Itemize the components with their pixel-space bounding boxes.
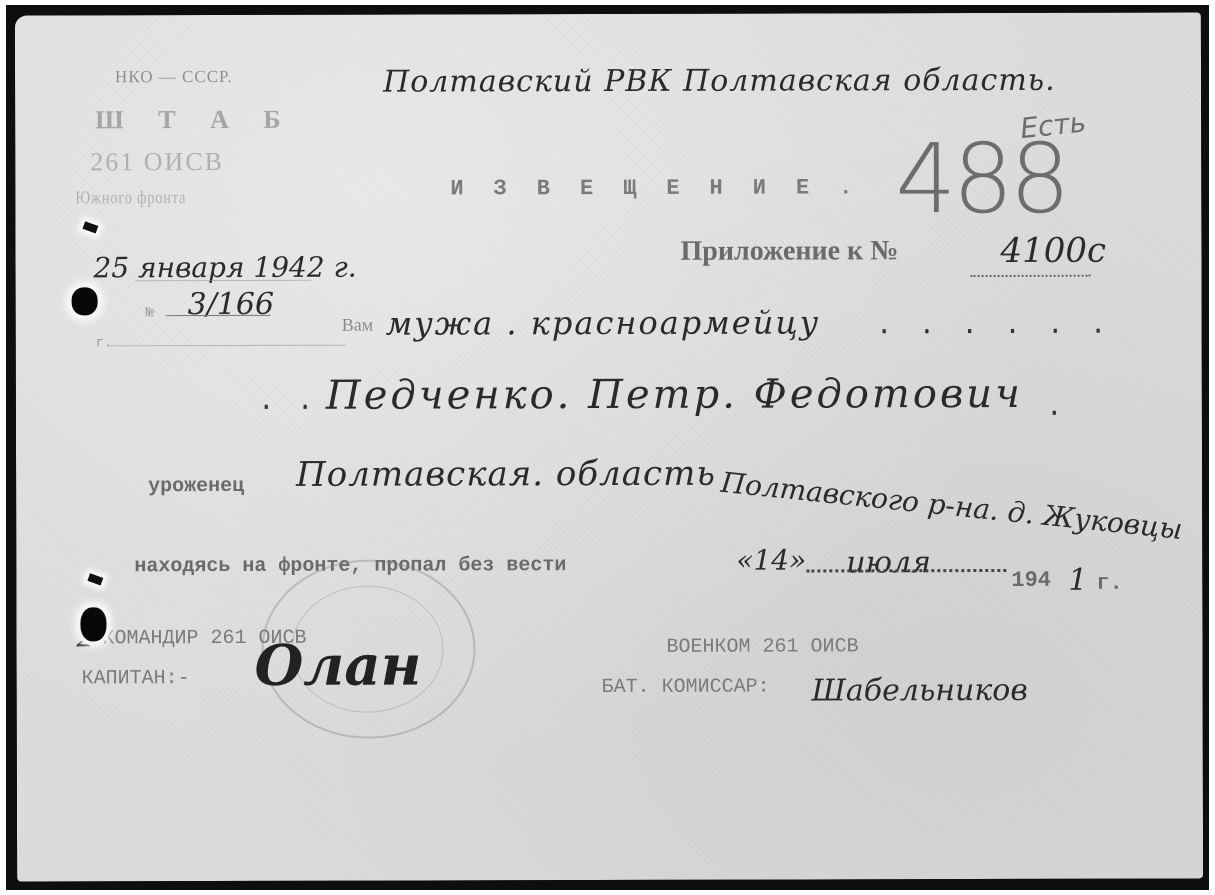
city-prefix: г. (96, 335, 113, 351)
stamp-org: НКО — СССР. (115, 67, 233, 87)
document-paper: НКО — СССР. Ш Т А Б 261 ОИСВ Южного фрон… (15, 12, 1203, 881)
birthplace-district: Полтавского р-на. д. Жуковцы (719, 466, 1184, 546)
commander-signature: Олан (254, 632, 421, 698)
missing-year-suffix: г. (1096, 571, 1122, 596)
to-label: Вам (342, 315, 373, 336)
missing-month: июля (846, 545, 931, 580)
document-title: ИЗВЕЩЕНИЕ. (450, 175, 882, 201)
name-trailing-dot: . (1046, 393, 1063, 424)
commissar-title: ВОЕНКОМ 261 ОИСВ (666, 635, 858, 659)
paper-tear-bottom (87, 573, 103, 585)
appendix-label: Приложение к № (680, 235, 898, 268)
doc-number-prefix: № (146, 305, 154, 321)
recipient-dots: ...... (876, 311, 1133, 343)
appendix-underline (971, 275, 1091, 277)
commissar-rank: БАТ. КОМИССАР: (602, 676, 770, 699)
born-label: уроженец (148, 475, 244, 498)
paper-tear-top (82, 221, 98, 233)
punch-hole-bottom (80, 607, 106, 641)
commissar-signature: Шабельников (812, 673, 1028, 709)
birthplace-region: Полтавская. область (296, 454, 716, 495)
appendix-number: 4100с (1000, 231, 1106, 271)
punch-hole-top (72, 287, 98, 315)
missing-day: «14» (736, 543, 806, 576)
missing-year-hand: 1 (1068, 563, 1087, 598)
stamp-dept: Южного фронта (75, 187, 186, 208)
registry-note: Есть (1019, 105, 1088, 145)
city-underline (111, 345, 346, 347)
recipient: мужа . красноармейцу (386, 303, 821, 342)
doc-number: 3/166 (188, 287, 275, 322)
full-name: Педченко. Петр. Федотович (326, 371, 1023, 419)
stamp-unit: 261 ОИСВ (90, 147, 224, 177)
missing-year-typed: 194 (1011, 568, 1051, 593)
name-leading-dots: .. (258, 387, 336, 418)
commander-rank: КАПИТАН:- (82, 667, 190, 690)
stamp-shtab: Ш Т А Б (95, 105, 294, 136)
missing-month-dots (806, 569, 1006, 573)
addressee-header: Полтавский РВК Полтавская область. (383, 63, 1056, 100)
